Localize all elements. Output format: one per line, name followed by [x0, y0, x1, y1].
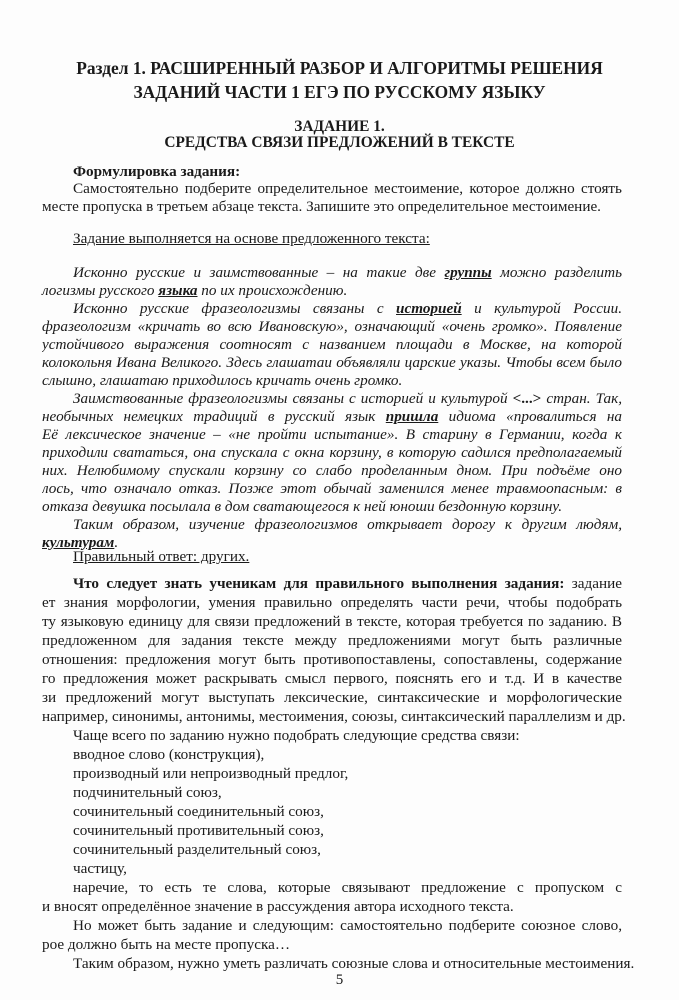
explanation-line: рое должно быть на месте пропуска… — [42, 936, 622, 954]
highlighted-word: группы — [444, 264, 491, 281]
source-line: колокольня Ивана Великого. Здесь глашата… — [42, 354, 622, 372]
list-item: вводное слово (конструкция), — [73, 746, 653, 764]
document-page: Раздел 1. РАСШИРЕННЫЙ РАЗБОР И АЛГОРИТМЫ… — [0, 0, 679, 1000]
source-line: устойчивого выражения соотносят с назван… — [42, 336, 622, 354]
highlighted-word: пришла — [386, 408, 439, 425]
correct-answer: Правильный ответ: других. — [73, 548, 653, 566]
explanation-line: предложенном для задания тексте между пр… — [42, 632, 622, 650]
explanation-line: и вносят определённое значение в рассужд… — [42, 898, 622, 916]
source-line: Исконно русские и заимствованные – на та… — [73, 264, 622, 282]
formulation-line-1: Самостоятельно подберите определительное… — [73, 180, 622, 198]
section-title-line-1: Раздел 1. РАСШИРЕННЫЙ РАЗБОР И АЛГОРИТМЫ… — [0, 57, 679, 79]
formulation-line-2: месте пропуска в третьем абзаце текста. … — [42, 198, 622, 216]
list-item: производный или непроизводный предлог, — [73, 765, 653, 783]
highlighted-word: историей — [396, 300, 462, 317]
list-item: сочинительный соединительный союз, — [73, 803, 653, 821]
gap-marker: <...> — [513, 390, 542, 407]
explanation-line: наречие, то есть те слова, которые связы… — [73, 879, 622, 897]
explanation-conclusion: Таким образом, нужно уметь различать сою… — [73, 955, 653, 973]
source-line: Таким образом, изучение фразеологизмов о… — [73, 516, 622, 534]
explanation-line: ту языковую единицу для связи предложени… — [42, 613, 622, 631]
explanation-line: зи предложений могут выступать лексическ… — [42, 689, 622, 707]
source-line: фразеологизм «кричать во всю Ивановскую»… — [42, 318, 622, 336]
explanation-line: отношения: предложения могут быть против… — [42, 651, 622, 669]
source-line: них. Нелюбимому спускали корзину со слаб… — [42, 462, 622, 480]
source-line: отказа девушка посылала в дом сватающего… — [42, 498, 622, 516]
source-text-label: Задание выполняется на основе предложенн… — [73, 230, 653, 248]
explanation-line: Но может быть задание и следующим: самос… — [73, 917, 622, 935]
source-line: Её лексическое значение – «не пройти исп… — [42, 426, 622, 444]
source-line: необычных немецких традиций в русский яз… — [42, 408, 622, 426]
source-line: лось, что означало отказ. Позже этот обы… — [42, 480, 622, 498]
source-line: приходили свататься, она спускала с окна… — [42, 444, 622, 462]
explanation-line: го предложения может раскрывать смысл пе… — [42, 670, 622, 688]
list-intro: Чаще всего по заданию нужно подобрать сл… — [73, 727, 653, 745]
list-item: сочинительный противительный союз, — [73, 822, 653, 840]
source-line: слышно, глашатаю приходилось кричать оче… — [42, 372, 622, 390]
list-item: подчинительный союз, — [73, 784, 653, 802]
source-line: Заимствованные фразеологизмы связаны с и… — [73, 390, 622, 408]
page-number: 5 — [0, 972, 679, 989]
highlighted-word: языка — [158, 282, 197, 299]
task-title: СРЕДСТВА СВЯЗИ ПРЕДЛОЖЕНИЙ В ТЕКСТЕ — [0, 134, 679, 152]
explanation-line: Что следует знать ученикам для правильно… — [73, 575, 622, 593]
explanation-lead: Что следует знать ученикам для правильно… — [73, 575, 564, 592]
source-line: логизмы русского языка по их происхожден… — [42, 282, 622, 300]
source-line: Исконно русские фразеологизмы связаны с … — [73, 300, 622, 318]
list-item: частицу, — [73, 860, 653, 878]
formulation-label: Формулировка задания: — [73, 163, 653, 181]
explanation-line: ет знания морфологии, умения правильно о… — [42, 594, 622, 612]
list-item: сочинительный разделительный союз, — [73, 841, 653, 859]
explanation-line: например, синонимы, антонимы, местоимени… — [42, 708, 622, 726]
section-title-line-2: ЗАДАНИЙ ЧАСТИ 1 ЕГЭ ПО РУССКОМУ ЯЗЫКУ — [0, 81, 679, 103]
